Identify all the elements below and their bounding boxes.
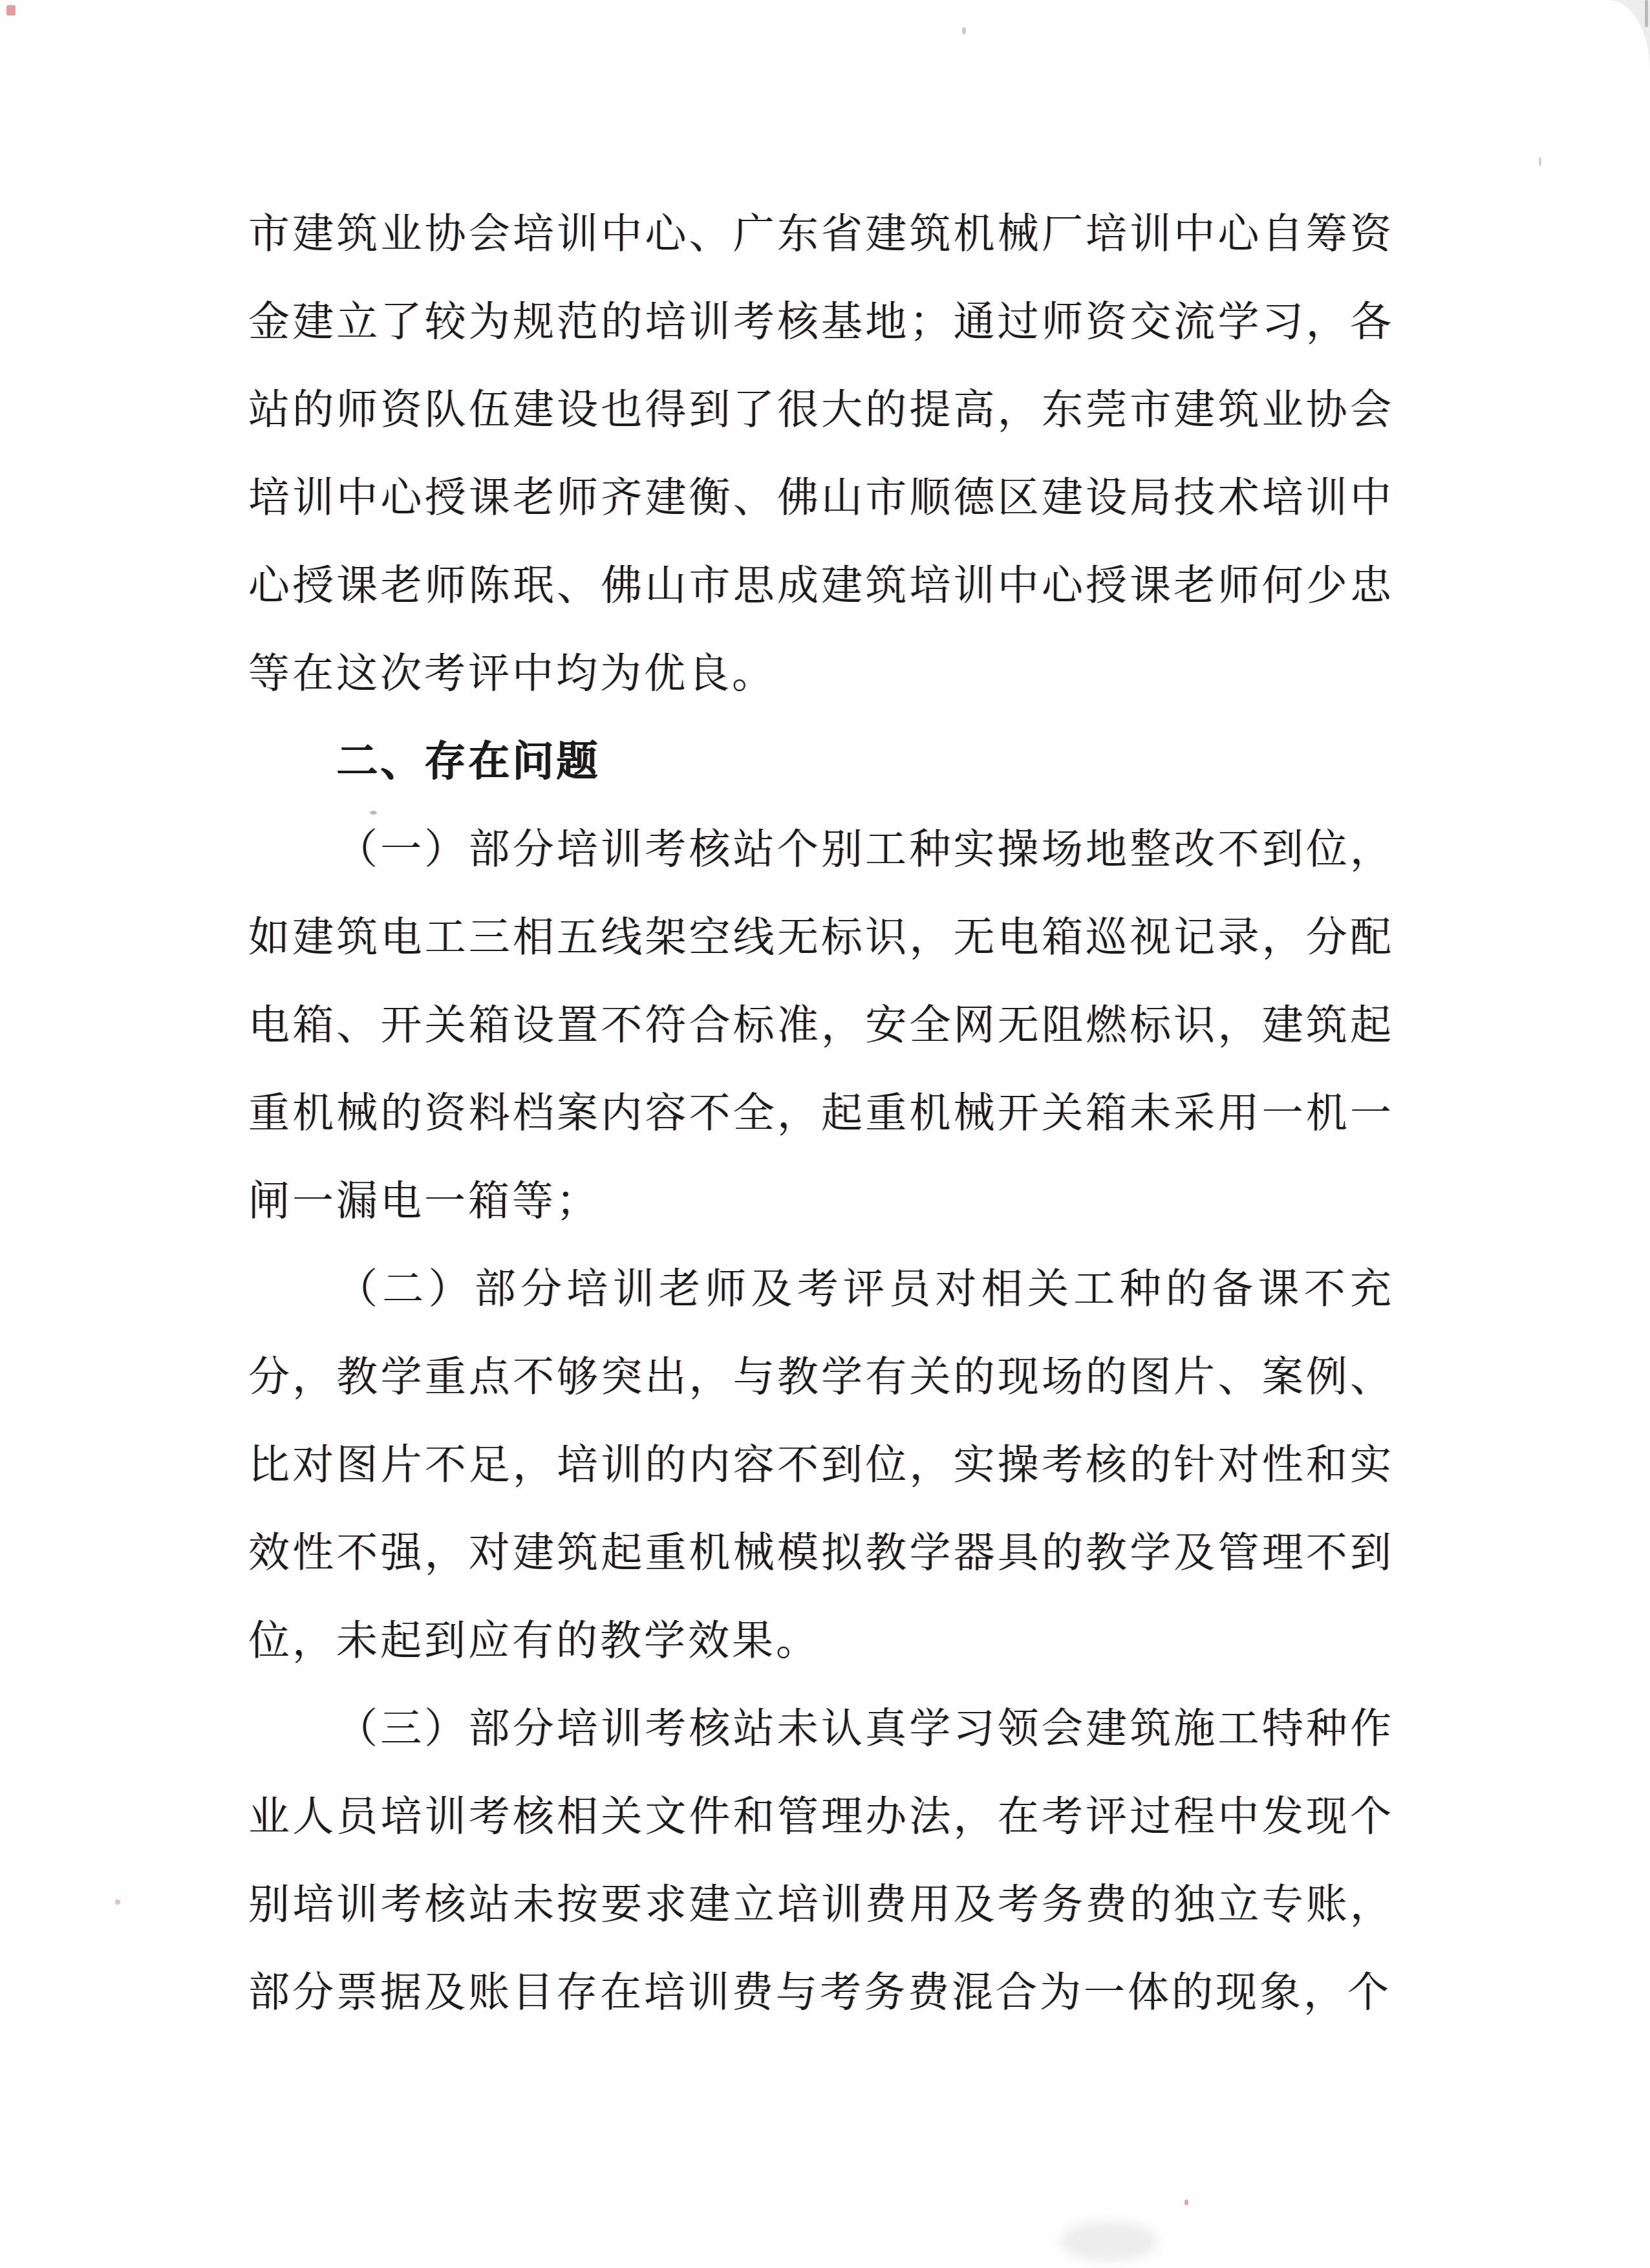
paragraph: （二）部分培训老师及考评员对相关工种的备课不充分，教学重点不够突出，与教学有关的… [248, 1245, 1394, 1685]
paragraph: （三）部分培训考核站未认真学习领会建筑施工特种作业人员培训考核相关文件和管理办法… [248, 1685, 1394, 2037]
scan-speck [115, 1899, 120, 1905]
paragraph: 市建筑业协会培训中心、广东省建筑机械厂培训中心自筹资金建立了较为规范的培训考核基… [248, 190, 1394, 718]
document-body: 市建筑业协会培训中心、广东省建筑机械厂培训中心自筹资金建立了较为规范的培训考核基… [248, 190, 1394, 2037]
scan-speck [1539, 156, 1541, 167]
paragraph: （一）部分培训考核站个别工种实操场地整改不到位，如建筑电工三相五线架空线无标识，… [248, 806, 1394, 1245]
scan-smudge [1060, 2221, 1157, 2262]
section-heading: 二、存在问题 [248, 718, 1394, 806]
scan-speck [1184, 2199, 1188, 2205]
scan-speck [962, 27, 966, 34]
scan-speck [6, 5, 16, 16]
scan-corner-mark [1645, 0, 1648, 27]
scan-speck [370, 811, 377, 815]
scanned-document-page: 市建筑业协会培训中心、广东省建筑机械厂培训中心自筹资金建立了较为规范的培训考核基… [0, 0, 1650, 2268]
